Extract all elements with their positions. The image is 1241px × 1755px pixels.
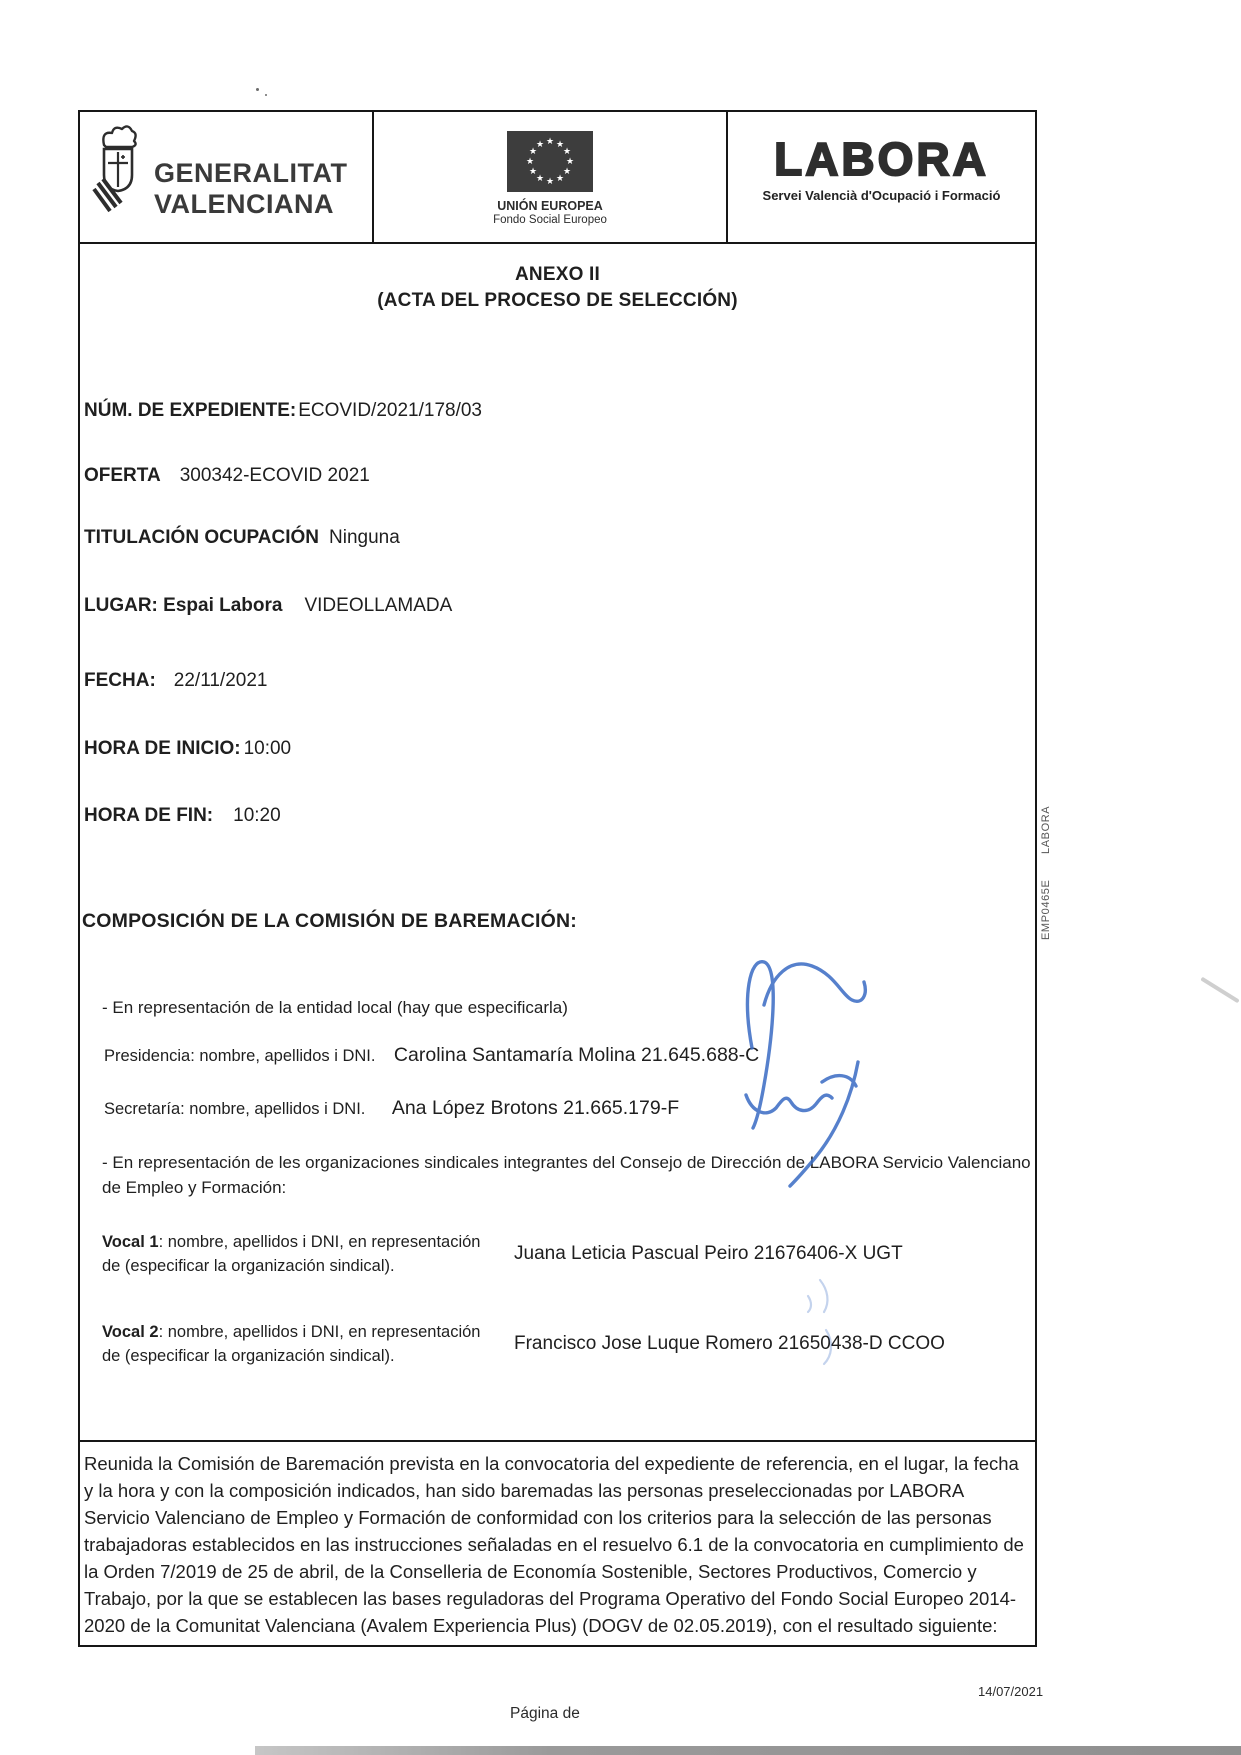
gva-line2: VALENCIANA	[154, 189, 348, 220]
scan-artifact-dot	[256, 88, 259, 91]
secretaria-value: Ana López Brotons 21.665.179-F	[392, 1097, 679, 1119]
eu-title: UNIÓN EUROPEA	[497, 199, 603, 213]
scan-edge-smudge	[1200, 977, 1239, 1004]
rep-sindical: - En representación de les organizacione…	[102, 1150, 1042, 1200]
footer-page-label: Página de	[510, 1705, 580, 1723]
field-titulacion: TITULACIÓN OCUPACIÓNNinguna	[84, 527, 400, 549]
field-num-expediente: NÚM. DE EXPEDIENTE:ECOVID/2021/178/03	[84, 400, 482, 422]
title-line2: (ACTA DEL PROCESO DE SELECCIÓN)	[80, 288, 1035, 314]
svg-text:★: ★	[529, 167, 537, 177]
title-line1: ANEXO II	[80, 262, 1035, 288]
field-fecha: FECHA:22/11/2021	[84, 670, 267, 692]
field-value: ECOVID/2021/178/03	[298, 400, 482, 421]
field-label: OFERTA	[84, 465, 161, 486]
field-value: 10:20	[233, 805, 281, 826]
labora-tagline: Servei Valencià d'Ocupació i Formació	[763, 188, 1001, 203]
result-paragraph: Reunida la Comisión de Baremación previs…	[84, 1450, 1027, 1639]
svg-text:★: ★	[546, 137, 554, 147]
svg-text:★: ★	[546, 177, 554, 187]
vocal2-label-rest: : nombre, apellidos i DNI, en representa…	[102, 1323, 480, 1365]
form-code-vertical: EMP0465E LABORA	[1040, 790, 1052, 940]
document-title: ANEXO II (ACTA DEL PROCESO DE SELECCIÓN)	[80, 262, 1035, 314]
labora-logo: LABORA Servei Valencià d'Ocupació i Form…	[728, 112, 1035, 242]
secretaria-row: Secretaría: nombre, apellidos i DNI. Ana…	[104, 1097, 679, 1120]
svg-text:★: ★	[536, 140, 544, 150]
field-hora-inicio: HORA DE INICIO:10:00	[84, 738, 291, 760]
secretaria-label: Secretaría: nombre, apellidos i DNI.	[104, 1100, 365, 1118]
field-oferta: OFERTA300342-ECOVID 2021	[84, 465, 370, 487]
vocal2-label-bold: Vocal 2	[102, 1323, 159, 1341]
vocal1-label-bold: Vocal 1	[102, 1233, 159, 1251]
gva-line1: GENERALITAT	[154, 158, 348, 189]
footer-date: 14/07/2021	[978, 1684, 1043, 1699]
field-value: VIDEOLLAMADA	[304, 595, 452, 616]
svg-text:★: ★	[566, 157, 574, 167]
presidencia-label: Presidencia: nombre, apellidos i DNI.	[104, 1047, 375, 1065]
scan-bottom-strip	[255, 1746, 1241, 1755]
vocal2-row: Vocal 2: nombre, apellidos i DNI, en rep…	[102, 1320, 945, 1368]
union-europea-logo: ★★ ★★ ★★ ★★ ★★ ★★ UNIÓN EUROPEA Fondo So…	[374, 112, 728, 242]
svg-text:★: ★	[563, 147, 571, 157]
field-value: Ninguna	[329, 527, 400, 548]
generalitat-valenciana-wordmark: GENERALITAT VALENCIANA	[154, 158, 348, 242]
field-label: TITULACIÓN OCUPACIÓN	[84, 527, 319, 548]
field-value: 300342-ECOVID 2021	[180, 465, 370, 486]
field-lugar: LUGAR: Espai LaboraVIDEOLLAMADA	[84, 595, 452, 617]
field-label: HORA DE FIN:	[84, 805, 213, 826]
field-label: LUGAR: Espai Labora	[84, 595, 282, 616]
field-value: 10:00	[244, 738, 292, 759]
svg-text:★: ★	[556, 174, 564, 184]
rep-entidad-local: - En representación de la entidad local …	[102, 995, 568, 1020]
vocal2-label: Vocal 2: nombre, apellidos i DNI, en rep…	[102, 1320, 500, 1368]
svg-text:★: ★	[536, 174, 544, 184]
form-code-brand: LABORA	[1040, 805, 1052, 853]
svg-text:★: ★	[526, 157, 534, 167]
vocal2-value: Francisco Jose Luque Romero 21650438-D C…	[514, 1333, 945, 1355]
field-label: FECHA:	[84, 670, 156, 691]
generalitat-valenciana-emblem-icon	[92, 120, 144, 218]
vocal1-row: Vocal 1: nombre, apellidos i DNI, en rep…	[102, 1230, 903, 1278]
presidencia-value: Carolina Santamaría Molina 21.645.688-C	[394, 1044, 759, 1066]
field-hora-fin: HORA DE FIN:10:20	[84, 805, 281, 827]
svg-text:★: ★	[563, 167, 571, 177]
eu-subtitle: Fondo Social Europeo	[493, 214, 607, 226]
vocal1-label-rest: : nombre, apellidos i DNI, en representa…	[102, 1233, 480, 1275]
labora-wordmark: LABORA	[774, 137, 989, 181]
document-page: GENERALITAT VALENCIANA ★★ ★★ ★★ ★★ ★★ ★★	[0, 0, 1241, 1755]
header-row: GENERALITAT VALENCIANA ★★ ★★ ★★ ★★ ★★ ★★	[80, 112, 1035, 244]
field-value: 22/11/2021	[174, 670, 268, 691]
scan-artifact-dot	[265, 94, 267, 96]
generalitat-valenciana-logo: GENERALITAT VALENCIANA	[80, 112, 374, 242]
field-label: HORA DE INICIO:	[84, 738, 241, 759]
form-border-box: GENERALITAT VALENCIANA ★★ ★★ ★★ ★★ ★★ ★★	[78, 110, 1037, 1647]
vocal1-label: Vocal 1: nombre, apellidos i DNI, en rep…	[102, 1230, 500, 1278]
field-label: NÚM. DE EXPEDIENTE:	[84, 400, 296, 421]
vocal1-value: Juana Leticia Pascual Peiro 21676406-X U…	[514, 1243, 903, 1265]
form-code: EMP0465E	[1040, 880, 1052, 940]
result-paragraph-cell: Reunida la Comisión de Baremación previs…	[80, 1440, 1035, 1645]
eu-flag-icon: ★★ ★★ ★★ ★★ ★★ ★★	[507, 131, 593, 192]
presidencia-row: Presidencia: nombre, apellidos i DNI. Ca…	[104, 1044, 759, 1067]
comision-heading: COMPOSICIÓN DE LA COMISIÓN DE BAREMACIÓN…	[82, 910, 577, 933]
